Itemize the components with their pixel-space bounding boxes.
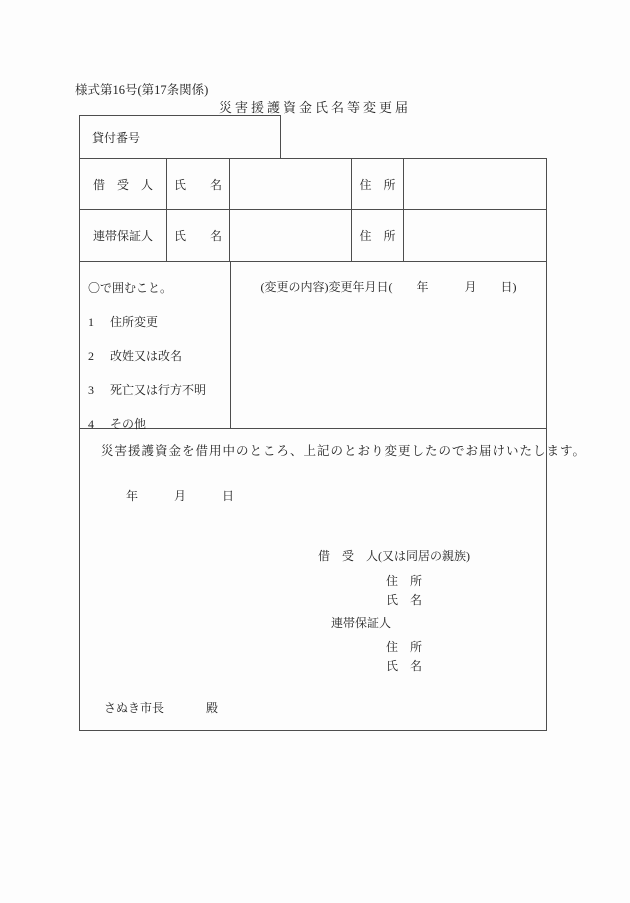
option-number: 3: [88, 383, 98, 398]
borrower-name-field[interactable]: [230, 159, 352, 209]
option-label: 住所変更: [110, 315, 158, 329]
circle-instruction: 〇で囲むこと。: [88, 279, 230, 296]
option-number: 1: [88, 315, 98, 330]
declaration-row: 災害援護資金を借用中のところ、上記のとおり変更したのでお届けいたします。 年 月…: [80, 429, 546, 731]
borrower-address-field[interactable]: [404, 159, 546, 209]
change-content-field[interactable]: (変更の内容)変更年月日( 年 月 日): [231, 262, 546, 428]
mayor-label: さぬき市長: [104, 701, 164, 715]
loan-number-box[interactable]: 貸付番号: [79, 115, 281, 158]
signature-borrower-address-field[interactable]: 住 所: [386, 572, 422, 589]
honorific-label: 殿: [206, 701, 218, 715]
addressee-line: さぬき市長殿: [104, 699, 218, 716]
borrower-name-label: 氏 名: [167, 159, 230, 209]
main-table: 借 受 人 氏 名 住 所 連帯保証人 氏 名 住 所 〇で囲むこと。 1住所変…: [79, 158, 547, 731]
guarantor-address-field[interactable]: [404, 210, 546, 261]
change-section-row: 〇で囲むこと。 1住所変更 2改姓又は改名 3死亡又は行方不明 4その他 (変更…: [80, 262, 546, 429]
change-type-cell: 〇で囲むこと。 1住所変更 2改姓又は改名 3死亡又は行方不明 4その他: [80, 262, 231, 428]
option-label: 改姓又は改名: [110, 349, 182, 363]
borrower-row: 借 受 人 氏 名 住 所: [80, 159, 546, 210]
borrower-address-label: 住 所: [352, 159, 404, 209]
option-name-change[interactable]: 2改姓又は改名: [88, 347, 230, 364]
signature-guarantor-label: 連帯保証人: [331, 614, 391, 631]
declaration-date-field[interactable]: 年 月 日: [126, 487, 234, 504]
guarantor-address-label: 住 所: [352, 210, 404, 261]
form-title: 災害援護資金氏名等変更届: [0, 97, 630, 116]
option-label: 死亡又は行方不明: [110, 383, 206, 397]
form-number: 様式第16号(第17条関係): [75, 80, 208, 98]
form-page: 様式第16号(第17条関係) 災害援護資金氏名等変更届 貸付番号 借 受 人 氏…: [0, 0, 630, 903]
loan-number-label: 貸付番号: [92, 129, 140, 146]
declaration-statement: 災害援護資金を借用中のところ、上記のとおり変更したのでお届けいたします。: [101, 441, 586, 459]
option-address-change[interactable]: 1住所変更: [88, 313, 230, 330]
signature-borrower-label: 借 受 人(又は同居の親族): [318, 547, 470, 564]
guarantor-name-label: 氏 名: [167, 210, 230, 261]
change-content-header: (変更の内容)変更年月日( 年 月 日): [231, 278, 546, 295]
guarantor-name-field[interactable]: [230, 210, 352, 261]
signature-borrower-name-field[interactable]: 氏 名: [386, 591, 422, 608]
option-death-or-missing[interactable]: 3死亡又は行方不明: [88, 381, 230, 398]
guarantor-row: 連帯保証人 氏 名 住 所: [80, 210, 546, 262]
signature-guarantor-name-field[interactable]: 氏 名: [386, 657, 422, 674]
signature-guarantor-address-field[interactable]: 住 所: [386, 638, 422, 655]
option-number: 2: [88, 349, 98, 364]
guarantor-party-label: 連帯保証人: [80, 210, 167, 261]
borrower-party-label: 借 受 人: [80, 159, 167, 209]
